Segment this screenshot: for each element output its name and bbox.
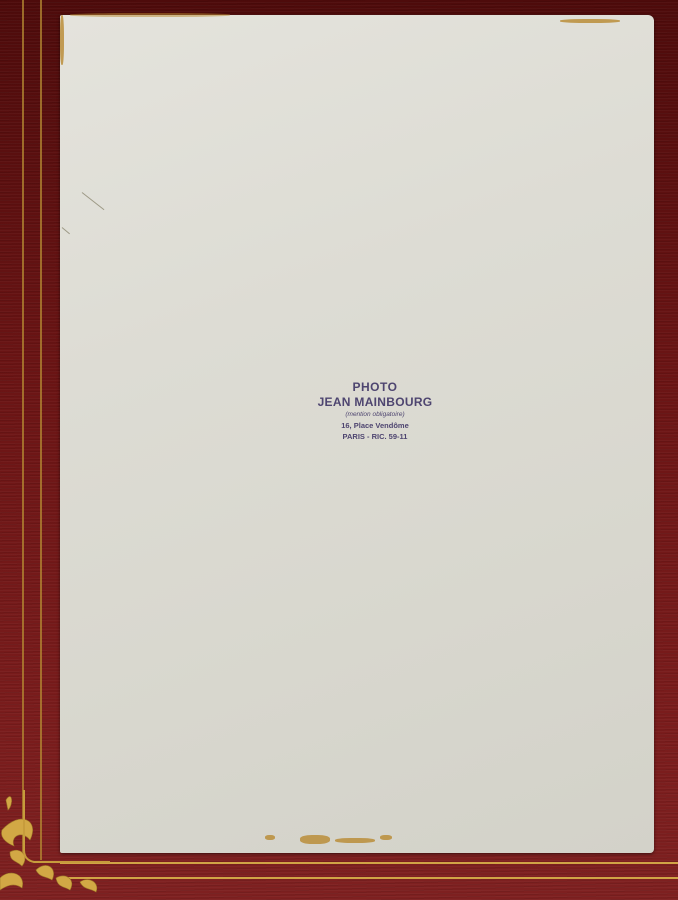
age-stain <box>380 835 392 840</box>
stamp-line-name: JEAN MAINBOURG <box>300 395 450 409</box>
paper-scratch <box>82 192 105 210</box>
stamp-line-photo: PHOTO <box>300 380 450 394</box>
age-stain <box>60 15 64 65</box>
paper-scratch <box>62 227 70 234</box>
age-stain <box>265 835 275 840</box>
stamp-line-mention: (mention obligatoire) <box>300 411 450 418</box>
stamp-line-phone: PARIS - RIC. 59-11 <box>300 432 450 441</box>
gold-border-line <box>22 0 24 860</box>
stamp-line-address: 16, Place Vendôme <box>300 421 450 430</box>
gold-border-line <box>60 877 678 879</box>
photographer-stamp: PHOTO JEAN MAINBOURG (mention obligatoir… <box>300 380 450 441</box>
gold-border-line <box>60 862 678 864</box>
age-stain <box>335 838 375 843</box>
age-stain <box>300 835 330 844</box>
gold-border-line <box>40 0 42 860</box>
photo-paper-back: PHOTO JEAN MAINBOURG (mention obligatoir… <box>60 15 654 853</box>
age-stain <box>560 19 620 23</box>
age-stain <box>70 13 230 17</box>
